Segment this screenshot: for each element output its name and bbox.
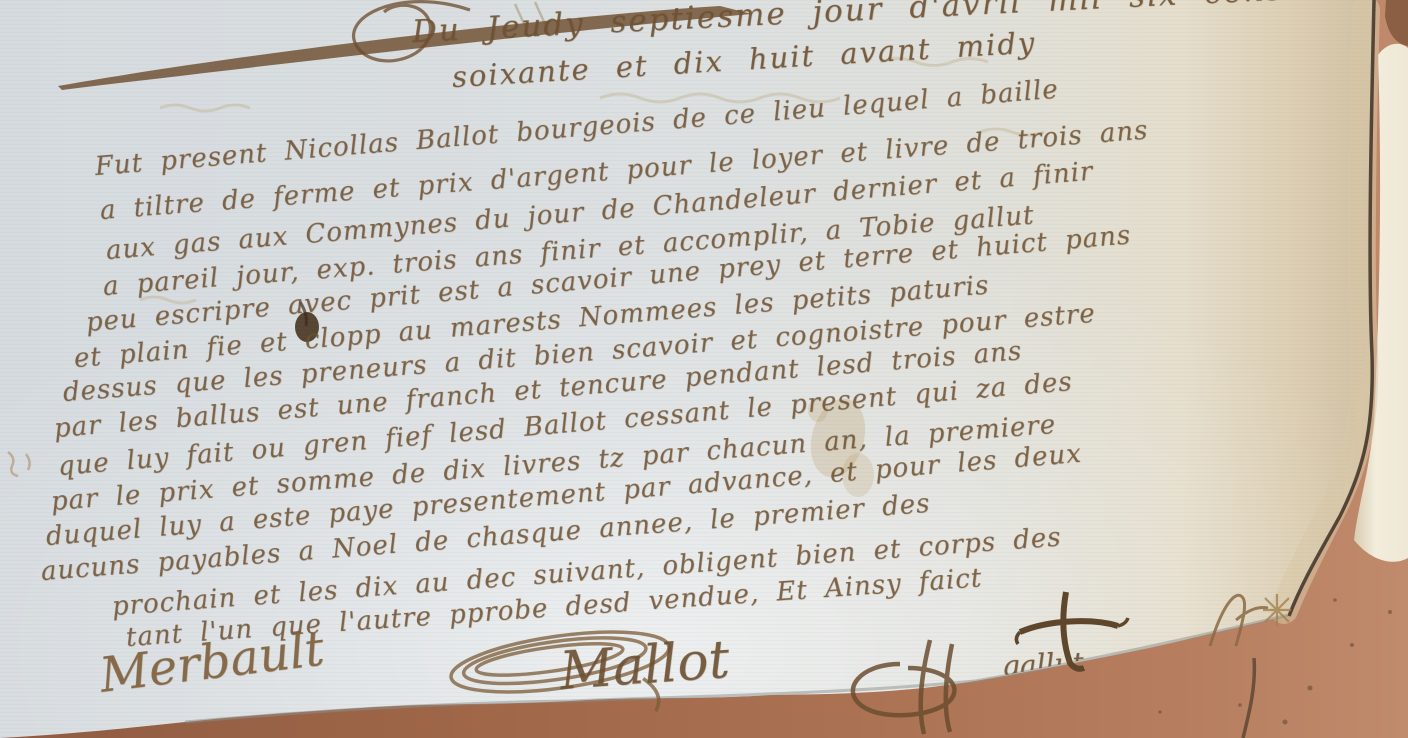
signature-mallot: Mallot	[558, 630, 731, 702]
handwritten-text-layer: Du Jeudy septiesme jour d'avril mil six …	[0, 0, 1408, 738]
manuscript-photo: Du Jeudy septiesme jour d'avril mil six …	[0, 0, 1408, 738]
